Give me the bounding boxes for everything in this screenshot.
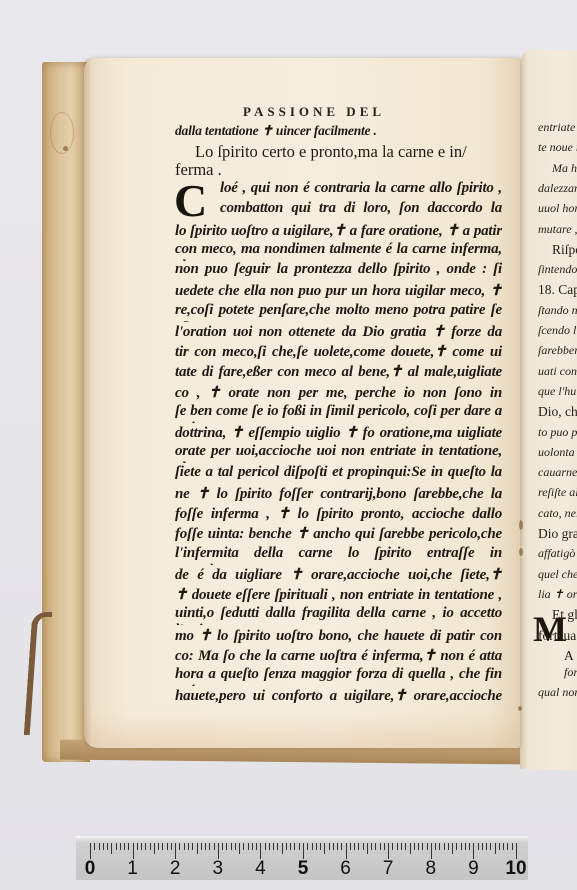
text-line: 18. Capi bbox=[538, 282, 577, 298]
ruler-tick bbox=[222, 843, 223, 850]
text-line: ✝ douete eſſere ſpirituali , non entriat… bbox=[175, 585, 502, 605]
text-line: ſarebbero bbox=[538, 343, 577, 358]
ruler-tick bbox=[269, 843, 270, 850]
ruler-tick bbox=[290, 843, 291, 850]
ruler-tick bbox=[175, 843, 176, 859]
text-line: to puo p bbox=[538, 425, 577, 440]
ruler-tick bbox=[444, 843, 445, 850]
ruler-tick bbox=[188, 843, 189, 850]
ruler-tick bbox=[333, 843, 334, 850]
ruler-tick bbox=[201, 843, 202, 850]
ruler-tick bbox=[239, 843, 240, 854]
text-line: lo ſpirito uoſtro a uigilare,✝ a fare or… bbox=[175, 221, 502, 241]
ruler-tick bbox=[107, 843, 108, 850]
ruler-tick bbox=[380, 843, 381, 850]
ruler-tick bbox=[469, 843, 470, 850]
ruler-tick bbox=[495, 843, 496, 854]
ruler-tick bbox=[192, 843, 193, 850]
text-line: uedete che ella non puo pur un hora uigi… bbox=[175, 281, 502, 301]
text-line: ſcendo l'i bbox=[538, 323, 577, 338]
ruler-tick bbox=[375, 843, 376, 850]
text-line: dalezzar bbox=[538, 181, 577, 196]
ruler-tick bbox=[197, 843, 198, 854]
ruler-tick bbox=[499, 843, 500, 850]
text-line: lia ✝ ora bbox=[538, 587, 577, 602]
text-line: quel che f bbox=[538, 567, 577, 582]
ruler-tick bbox=[465, 843, 466, 850]
ruler-label: 2 bbox=[170, 858, 181, 880]
ruler-tick bbox=[103, 843, 104, 850]
right-drop-cap: M bbox=[533, 608, 567, 650]
text-line: que l'hu bbox=[538, 384, 576, 399]
ruler-tick bbox=[354, 843, 355, 850]
text-line: uolonta d bbox=[538, 445, 577, 460]
ruler-tick bbox=[503, 843, 504, 850]
vellum-binding bbox=[42, 62, 90, 762]
text-line: Dio, che bbox=[538, 404, 577, 420]
text-line: uati cont bbox=[538, 364, 577, 379]
ruler-tick bbox=[162, 843, 163, 850]
ruler-tick bbox=[414, 843, 415, 850]
ruler-label: 8 bbox=[426, 858, 437, 880]
ruler-tick bbox=[388, 843, 389, 859]
ruler-tick bbox=[294, 843, 295, 850]
text-line: combatton qui tra di loro, ſon daccordo … bbox=[220, 200, 502, 220]
ruler-tick bbox=[277, 843, 278, 850]
ruler-tick bbox=[473, 843, 474, 859]
ruler-tick bbox=[128, 843, 129, 850]
running-header: PASSIONE DEL bbox=[243, 104, 385, 120]
text-line: tate di fare,eßer con meco al bene,✝ al … bbox=[175, 362, 502, 382]
text-line: orate per uoi,accioche uoi non entriate … bbox=[175, 443, 502, 463]
ruler-tick bbox=[367, 843, 368, 854]
ruler-tick bbox=[184, 843, 185, 850]
text-line: affatigò p bbox=[538, 546, 577, 561]
text-line: l'infermita della carne lo ſpirito entra… bbox=[175, 545, 502, 565]
text-line: hora a queſto ſenza maggior forza di que… bbox=[175, 666, 502, 686]
text-line: reſiſte al p bbox=[538, 485, 577, 500]
ruler-tick bbox=[350, 843, 351, 850]
ruler-tick bbox=[452, 843, 453, 854]
ruler-tick bbox=[507, 843, 508, 850]
ruler-tick bbox=[154, 843, 155, 854]
ruler-tick bbox=[90, 843, 91, 859]
text-line: non puo ſeguir la prontezza dello ſpirit… bbox=[175, 261, 502, 281]
ruler-tick bbox=[145, 843, 146, 850]
text-line: de é da uigliare ✝ orare,accioche uoi,ch… bbox=[175, 565, 502, 585]
book-photograph: PASSIONE DEL dalla tentatione ✝ uincer f… bbox=[0, 0, 577, 890]
ruler-tick bbox=[456, 843, 457, 850]
text-line: ne ✝ lo ſpirito foſſer contrarij,bono ſa… bbox=[175, 484, 502, 504]
ruler-tick bbox=[171, 843, 172, 850]
ruler-tick bbox=[133, 843, 134, 859]
ruler-tick bbox=[209, 843, 210, 850]
text-line: dalla tentatione ✝ uincer facilmente . bbox=[175, 123, 377, 139]
ruler-tick bbox=[324, 843, 325, 854]
ruler-tick bbox=[235, 843, 236, 850]
ruler-tick bbox=[320, 843, 321, 850]
ruler-tick bbox=[371, 843, 372, 850]
ruler-tick bbox=[111, 843, 112, 854]
ruler-tick bbox=[150, 843, 151, 850]
text-line: entriate a bbox=[538, 120, 577, 135]
ruler-label: 6 bbox=[340, 858, 351, 880]
ruler-tick bbox=[94, 843, 95, 850]
ruler-tick bbox=[141, 843, 142, 850]
ruler-tick bbox=[392, 843, 393, 850]
measurement-ruler: 012345678910 bbox=[76, 836, 528, 880]
text-line: for bbox=[564, 665, 577, 680]
ruler-tick bbox=[418, 843, 419, 850]
ruler-tick bbox=[231, 843, 232, 850]
ruler-tick bbox=[243, 843, 244, 850]
ruler-tick bbox=[252, 843, 253, 850]
text-line: A bbox=[564, 648, 574, 664]
ruler-tick bbox=[337, 843, 338, 850]
ruler-label: 3 bbox=[213, 858, 224, 880]
text-line: con meco, ma nondimen talmente é la carn… bbox=[175, 241, 502, 261]
ruler-tick bbox=[482, 843, 483, 850]
foxing-spot bbox=[63, 146, 68, 151]
text-line: ſiete a tal pericol diſpoſti et propinqu… bbox=[175, 464, 502, 484]
text-line: dottrina, ✝ eſſempio uiglio ✝ fo oration… bbox=[175, 423, 502, 443]
text-line: foſſe uinta: benche ✝ ancho qui ſarebbe … bbox=[175, 524, 502, 544]
ruler-label: 10 bbox=[505, 858, 526, 880]
text-line: co: Ma ſo che la carne uoſtra é inferma,… bbox=[175, 646, 502, 666]
ruler-label: 7 bbox=[383, 858, 394, 880]
ruler-tick bbox=[99, 843, 100, 850]
foxing-spot bbox=[519, 548, 523, 556]
foxing-spot bbox=[519, 520, 523, 530]
ruler-label: 9 bbox=[468, 858, 479, 880]
text-line: cato, nel c bbox=[538, 506, 577, 521]
ruler-label: 5 bbox=[298, 858, 309, 880]
text-line: re,coſi potete penſare,che molto meno po… bbox=[175, 302, 502, 322]
ruler-tick bbox=[282, 843, 283, 854]
ruler-tick bbox=[512, 843, 513, 850]
ruler-tick bbox=[329, 843, 330, 850]
ruler-tick bbox=[205, 843, 206, 850]
ruler-tick bbox=[265, 843, 266, 850]
ruler-tick bbox=[273, 843, 274, 850]
text-line: Riſpo bbox=[552, 242, 577, 258]
text-line: mo ✝ lo ſpirito uoſtro bono, che hauete … bbox=[175, 626, 502, 646]
ruler-label: 1 bbox=[127, 858, 138, 880]
ruler-tick bbox=[307, 843, 308, 850]
ruler-tick bbox=[363, 843, 364, 850]
ruler-tick bbox=[214, 843, 215, 850]
ruler-tick bbox=[299, 843, 300, 850]
ruler-tick bbox=[435, 843, 436, 850]
ruler-tick bbox=[260, 843, 261, 859]
ruler-tick bbox=[490, 843, 491, 850]
ruler-tick bbox=[431, 843, 432, 859]
foxing-spot bbox=[518, 706, 522, 711]
ruler-tick bbox=[427, 843, 428, 850]
text-line: mutare , c bbox=[538, 222, 577, 237]
ruler-tick bbox=[167, 843, 168, 850]
ruler-tick bbox=[179, 843, 180, 850]
ruler-tick bbox=[516, 843, 517, 859]
ruler-label: 4 bbox=[255, 858, 266, 880]
text-line: te noue m bbox=[538, 140, 577, 155]
ruler-tick bbox=[312, 843, 313, 850]
text-line: ſtando ne bbox=[538, 303, 577, 318]
text-line: cauarne q bbox=[538, 465, 577, 480]
ruler-tick bbox=[226, 843, 227, 850]
text-line: Lo ſpirito certo e pronto,ma la carne e … bbox=[195, 142, 467, 162]
ruler-tick bbox=[256, 843, 257, 850]
ruler-tick bbox=[405, 843, 406, 850]
text-line: tir con meco,ſi che,ſe uolete,come douet… bbox=[175, 342, 502, 362]
ruler-tick bbox=[218, 843, 219, 859]
ruler-tick bbox=[116, 843, 117, 850]
ruler-tick bbox=[461, 843, 462, 850]
text-line: l'oration uoi non ottenete da Dio gratia… bbox=[175, 322, 502, 342]
ruler-tick bbox=[286, 843, 287, 850]
text-line: Ma ha bbox=[552, 161, 577, 176]
ruler-tick bbox=[397, 843, 398, 850]
ruler-tick bbox=[448, 843, 449, 850]
text-line: foſſe inferma , ✝ lo ſpirito pronto, acc… bbox=[175, 504, 502, 524]
text-line: co , ✝ orate non per me, perche io non ſ… bbox=[175, 383, 502, 403]
ruler-tick bbox=[346, 843, 347, 859]
text-line: Dio grati bbox=[538, 526, 577, 542]
ruler-label: 0 bbox=[85, 858, 96, 880]
ruler-tick bbox=[401, 843, 402, 850]
ruler-tick bbox=[316, 843, 317, 850]
text-line: ſintendon bbox=[538, 262, 577, 277]
ruler-tick bbox=[486, 843, 487, 850]
ruler-tick bbox=[422, 843, 423, 850]
text-line: qual non bbox=[538, 685, 577, 700]
ruler-tick bbox=[303, 843, 304, 859]
text-line: ſe ben come ſe io foßi in ſimil pericolo… bbox=[175, 403, 502, 423]
ruler-tick bbox=[137, 843, 138, 850]
ruler-tick bbox=[248, 843, 249, 850]
text-line: loé , qui non é contraria la carne allo … bbox=[220, 180, 502, 200]
ruler-tick bbox=[158, 843, 159, 850]
drop-cap: C bbox=[174, 178, 207, 224]
text-line: uuol hora bbox=[538, 201, 577, 216]
ruler-tick bbox=[439, 843, 440, 850]
ruler-tick bbox=[478, 843, 479, 850]
ruler-tick bbox=[358, 843, 359, 850]
text-line: hauete,pero ui conforto a uigilare,✝ ora… bbox=[175, 686, 502, 706]
ruler-tick bbox=[341, 843, 342, 850]
ruler-tick bbox=[120, 843, 121, 850]
text-line: uinti,o ſedutti dalla fragilita della ca… bbox=[175, 605, 502, 625]
ruler-tick bbox=[124, 843, 125, 850]
ruler-tick bbox=[384, 843, 385, 850]
ruler-tick bbox=[410, 843, 411, 854]
